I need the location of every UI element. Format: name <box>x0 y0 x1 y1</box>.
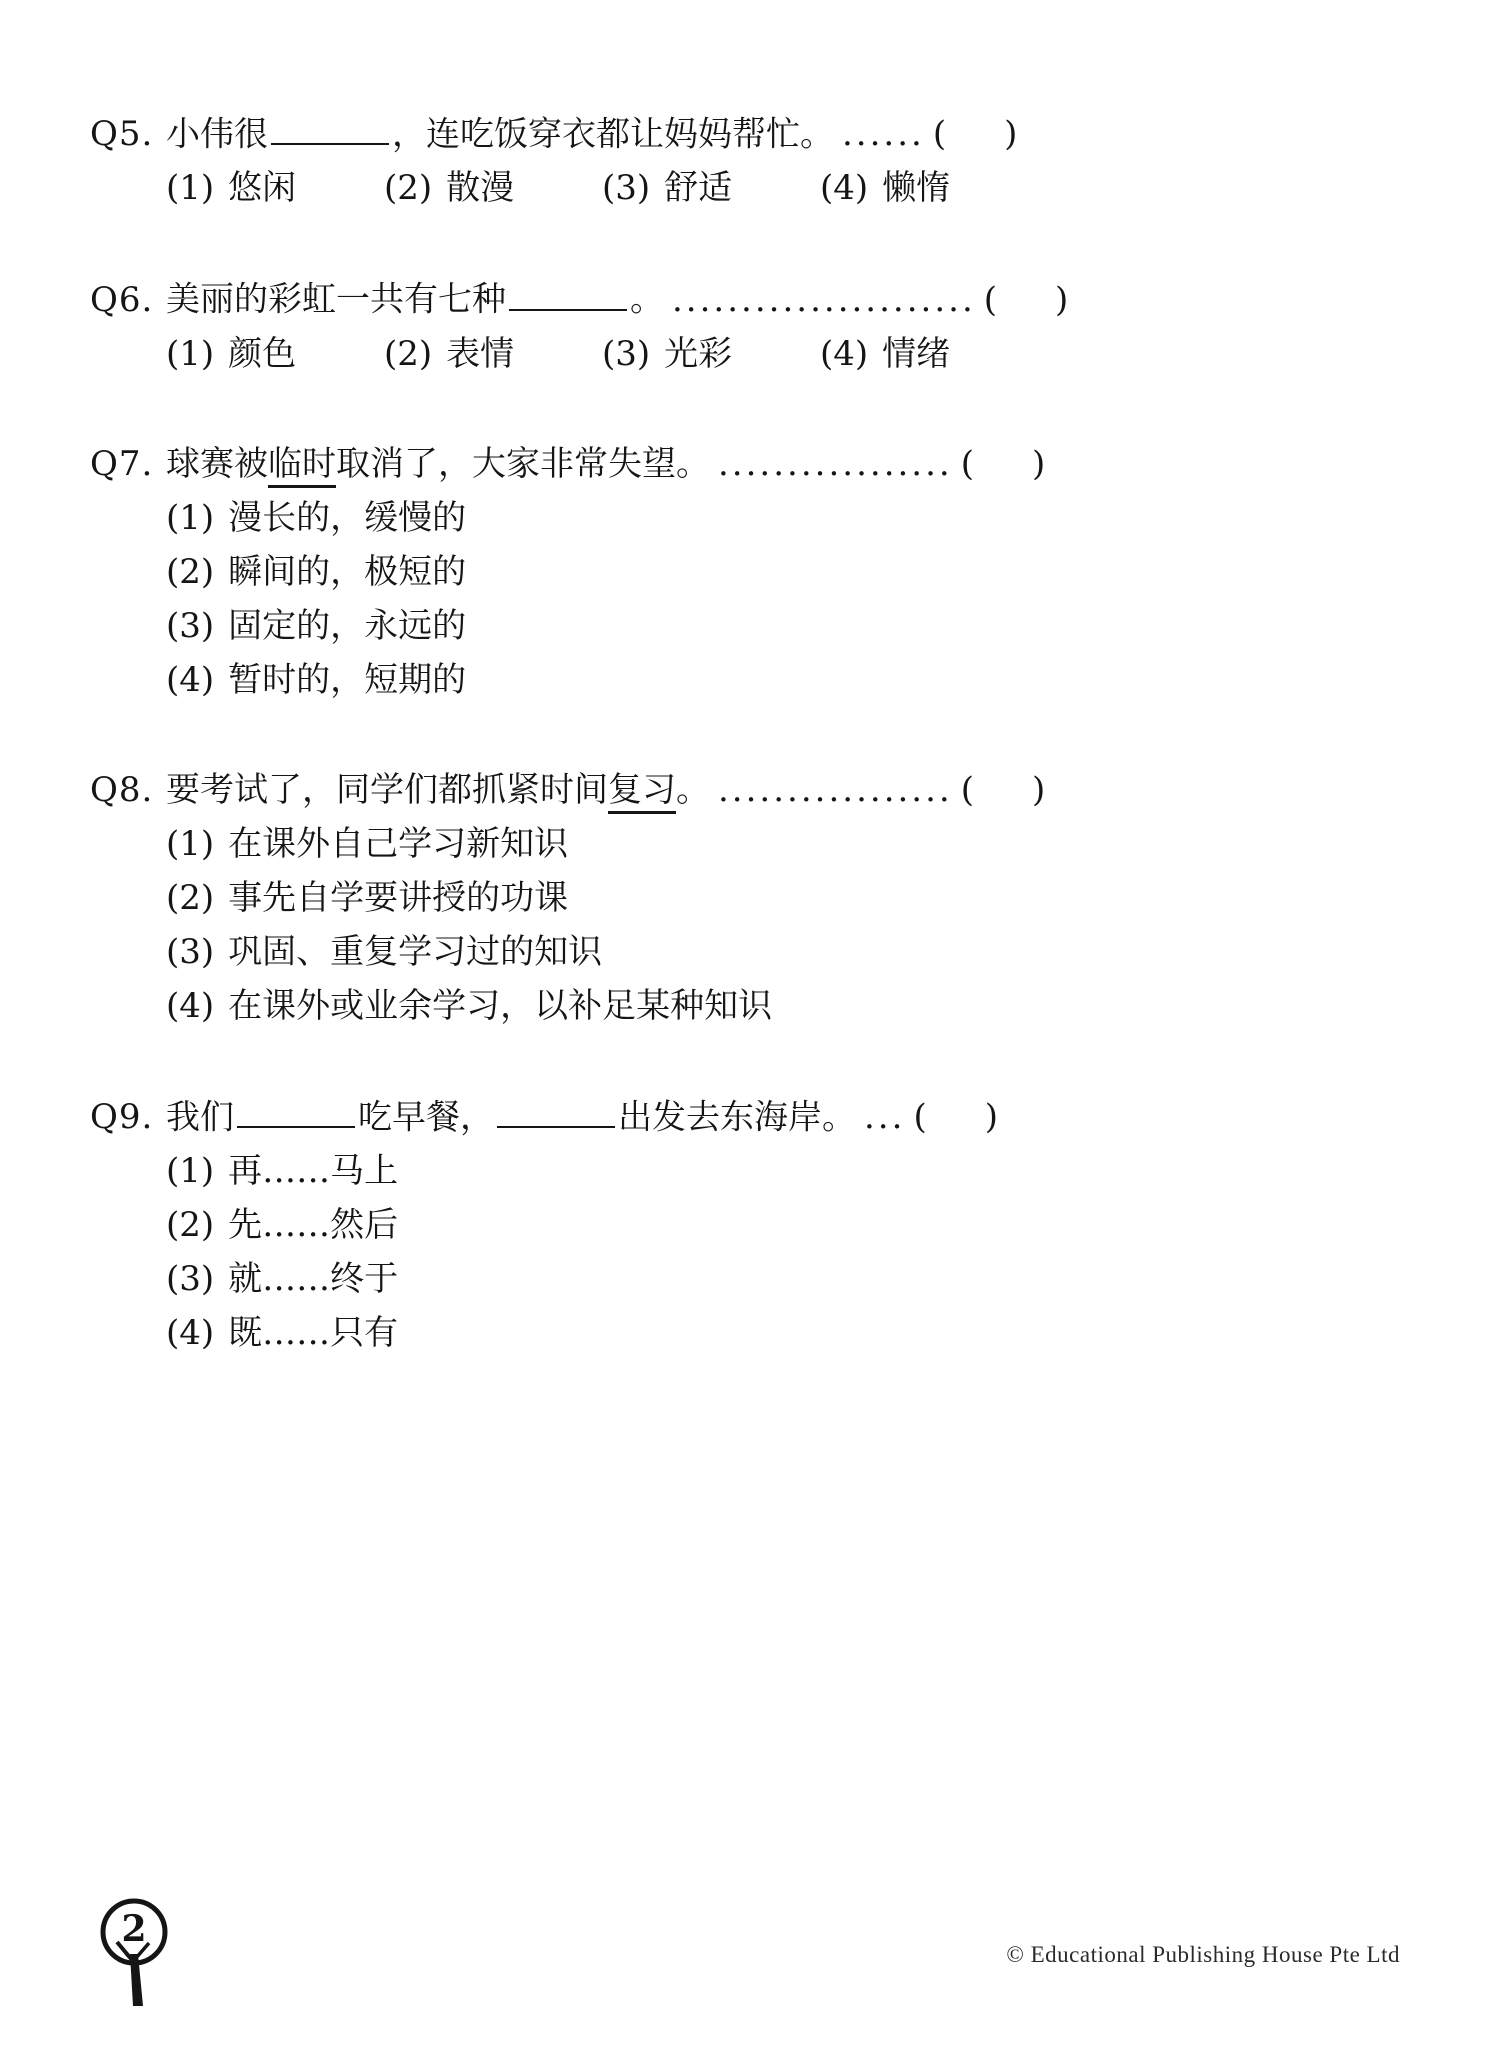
option-text: 瞬间的，极短的 <box>228 552 466 592</box>
option-number: (3) <box>166 1259 214 1299</box>
tree-icon: 2 <box>96 1896 180 2012</box>
options-list: (1)在课外自己学习新知识 (2)事先自学要讲授的功课 (3)巩固、重复学习过的… <box>90 817 1408 1033</box>
option-number: (4) <box>820 334 868 374</box>
answer-parentheses: () <box>961 770 1046 810</box>
stem-text-post: 。 <box>630 280 664 320</box>
option-4: (4)既……只有 <box>166 1306 1408 1360</box>
stem-text-pre: 我们 <box>166 1097 234 1137</box>
question-number: Q5. <box>90 107 166 161</box>
paren-open: ( <box>913 1097 926 1137</box>
option-4: (4)暂时的，短期的 <box>166 653 1408 707</box>
dotted-leader: ... <box>864 1097 905 1137</box>
option-text: 巩固、重复学习过的知识 <box>228 932 602 972</box>
option-2: (2)瞬间的，极短的 <box>166 545 1408 599</box>
stem-text-pre: 美丽的彩虹一共有七种 <box>166 280 506 320</box>
option-number: (3) <box>602 168 650 208</box>
option-text: 漫长的，缓慢的 <box>228 498 466 538</box>
option-text: 固定的，永远的 <box>228 606 466 646</box>
option-number: (2) <box>166 1205 214 1245</box>
option-text: 再……马上 <box>228 1151 398 1191</box>
answer-parentheses: () <box>961 444 1046 484</box>
option-text: 就……终于 <box>228 1259 398 1299</box>
option-text: 舒适 <box>664 168 732 208</box>
option-2: (2)事先自学要讲授的功课 <box>166 871 1408 925</box>
option-number: (1) <box>166 824 214 864</box>
answer-parentheses: () <box>984 280 1069 320</box>
option-number: (4) <box>820 168 868 208</box>
dotted-leader: ...................... <box>672 280 976 320</box>
option-number: (3) <box>166 932 214 972</box>
option-4: (4)在课外或业余学习，以补足某种知识 <box>166 979 1408 1033</box>
paren-close: ) <box>985 1097 998 1137</box>
stem-text-post: 。 <box>676 770 710 810</box>
fill-in-blank-1 <box>237 1089 355 1128</box>
option-1: (1)再……马上 <box>166 1144 1408 1198</box>
option-2: (2)表情 <box>384 327 602 381</box>
option-text: 表情 <box>446 334 514 374</box>
question-stem: Q7.球赛被临时取消了，大家非常失望。.................() <box>90 437 1408 491</box>
option-text: 先……然后 <box>228 1205 398 1245</box>
option-number: (2) <box>166 552 214 592</box>
option-1: (1)漫长的，缓慢的 <box>166 491 1408 545</box>
stem-text-pre: 要考试了，同学们都抓紧时间 <box>166 770 608 810</box>
underlined-word: 临时 <box>268 444 336 488</box>
option-3: (3)舒适 <box>602 161 820 215</box>
option-number: (2) <box>384 334 432 374</box>
option-3: (3)就……终于 <box>166 1252 1408 1306</box>
option-number: (1) <box>166 1151 214 1191</box>
worksheet-page: Q5.小伟很，连吃饭穿衣都让妈妈帮忙。......() (1)悠闲 (2)散漫 … <box>0 0 1496 2048</box>
page-number-tree-icon: 2 <box>96 1896 180 2012</box>
option-number: (2) <box>384 168 432 208</box>
options-row: (1)悠闲 (2)散漫 (3)舒适 (4)懒惰 <box>90 161 1408 215</box>
option-1: (1)颜色 <box>166 327 384 381</box>
answer-parentheses: () <box>913 1097 998 1137</box>
paren-close: ) <box>1055 280 1068 320</box>
question-q6: Q6.美丽的彩虹一共有七种。......................() (… <box>90 271 1408 380</box>
stem-text-pre: 球赛被 <box>166 444 268 484</box>
question-stem: Q5.小伟很，连吃饭穿衣都让妈妈帮忙。......() <box>90 106 1408 161</box>
options-list: (1)漫长的，缓慢的 (2)瞬间的，极短的 (3)固定的，永远的 (4)暂时的，… <box>90 491 1408 707</box>
page-number: 2 <box>121 1908 146 1950</box>
question-number: Q8. <box>90 763 166 817</box>
fill-in-blank <box>271 106 389 145</box>
question-number: Q9. <box>90 1090 166 1144</box>
option-text: 既……只有 <box>228 1313 398 1353</box>
option-number: (4) <box>166 1313 214 1353</box>
answer-parentheses: () <box>933 114 1018 154</box>
question-q5: Q5.小伟很，连吃饭穿衣都让妈妈帮忙。......() (1)悠闲 (2)散漫 … <box>90 106 1408 215</box>
question-q7: Q7.球赛被临时取消了，大家非常失望。.................() (… <box>90 437 1408 707</box>
paren-open: ( <box>961 444 974 484</box>
options-row: (1)颜色 (2)表情 (3)光彩 (4)情绪 <box>90 327 1408 381</box>
question-stem: Q9.我们吃早餐，出发去东海岸。...() <box>90 1089 1408 1144</box>
option-number: (3) <box>602 334 650 374</box>
question-q9: Q9.我们吃早餐，出发去东海岸。...() (1)再……马上 (2)先……然后 … <box>90 1089 1408 1360</box>
option-number: (1) <box>166 168 214 208</box>
option-1: (1)在课外自己学习新知识 <box>166 817 1408 871</box>
stem-text-post: ，连吃饭穿衣都让妈妈帮忙。 <box>392 114 834 154</box>
option-number: (1) <box>166 334 214 374</box>
option-text: 光彩 <box>664 334 732 374</box>
option-text: 在课外或业余学习，以补足某种知识 <box>228 986 772 1026</box>
stem-text-pre: 小伟很 <box>166 114 268 154</box>
option-number: (4) <box>166 986 214 1026</box>
option-text: 颜色 <box>228 334 296 374</box>
option-number: (2) <box>166 878 214 918</box>
paren-close: ) <box>1004 114 1017 154</box>
paren-open: ( <box>961 770 974 810</box>
stem-text-mid: 吃早餐， <box>358 1097 494 1137</box>
option-text: 情绪 <box>882 334 950 374</box>
option-3: (3)光彩 <box>602 327 820 381</box>
underlined-word: 复习 <box>608 770 676 814</box>
question-stem: Q6.美丽的彩虹一共有七种。......................() <box>90 271 1408 326</box>
dotted-leader: ...... <box>842 114 925 154</box>
question-stem: Q8.要考试了，同学们都抓紧时间复习。.................() <box>90 763 1408 817</box>
dotted-leader: ................. <box>718 444 953 484</box>
option-text: 悠闲 <box>228 168 296 208</box>
option-2: (2)散漫 <box>384 161 602 215</box>
options-list: (1)再……马上 (2)先……然后 (3)就……终于 (4)既……只有 <box>90 1144 1408 1360</box>
option-text: 事先自学要讲授的功课 <box>228 878 568 918</box>
dotted-leader: ................. <box>718 770 953 810</box>
question-number: Q7. <box>90 437 166 491</box>
option-text: 在课外自己学习新知识 <box>228 824 568 864</box>
option-4: (4)情绪 <box>820 327 950 381</box>
option-4: (4)懒惰 <box>820 161 950 215</box>
question-number: Q6. <box>90 273 166 327</box>
option-number: (4) <box>166 660 214 700</box>
paren-close: ) <box>1032 444 1045 484</box>
option-1: (1)悠闲 <box>166 161 384 215</box>
option-number: (3) <box>166 606 214 646</box>
option-text: 暂时的，短期的 <box>228 660 466 700</box>
question-q8: Q8.要考试了，同学们都抓紧时间复习。.................() (… <box>90 763 1408 1033</box>
option-text: 散漫 <box>446 168 514 208</box>
copyright-text: © Educational Publishing House Pte Ltd <box>1006 1942 1400 1968</box>
option-3: (3)固定的，永远的 <box>166 599 1408 653</box>
option-2: (2)先……然后 <box>166 1198 1408 1252</box>
paren-open: ( <box>984 280 997 320</box>
stem-text-post: 取消了，大家非常失望。 <box>336 444 710 484</box>
paren-close: ) <box>1032 770 1045 810</box>
option-3: (3)巩固、重复学习过的知识 <box>166 925 1408 979</box>
fill-in-blank-2 <box>497 1089 615 1128</box>
stem-text-post: 出发去东海岸。 <box>618 1097 856 1137</box>
paren-open: ( <box>933 114 946 154</box>
fill-in-blank <box>509 271 627 310</box>
option-text: 懒惰 <box>882 168 950 208</box>
option-number: (1) <box>166 498 214 538</box>
